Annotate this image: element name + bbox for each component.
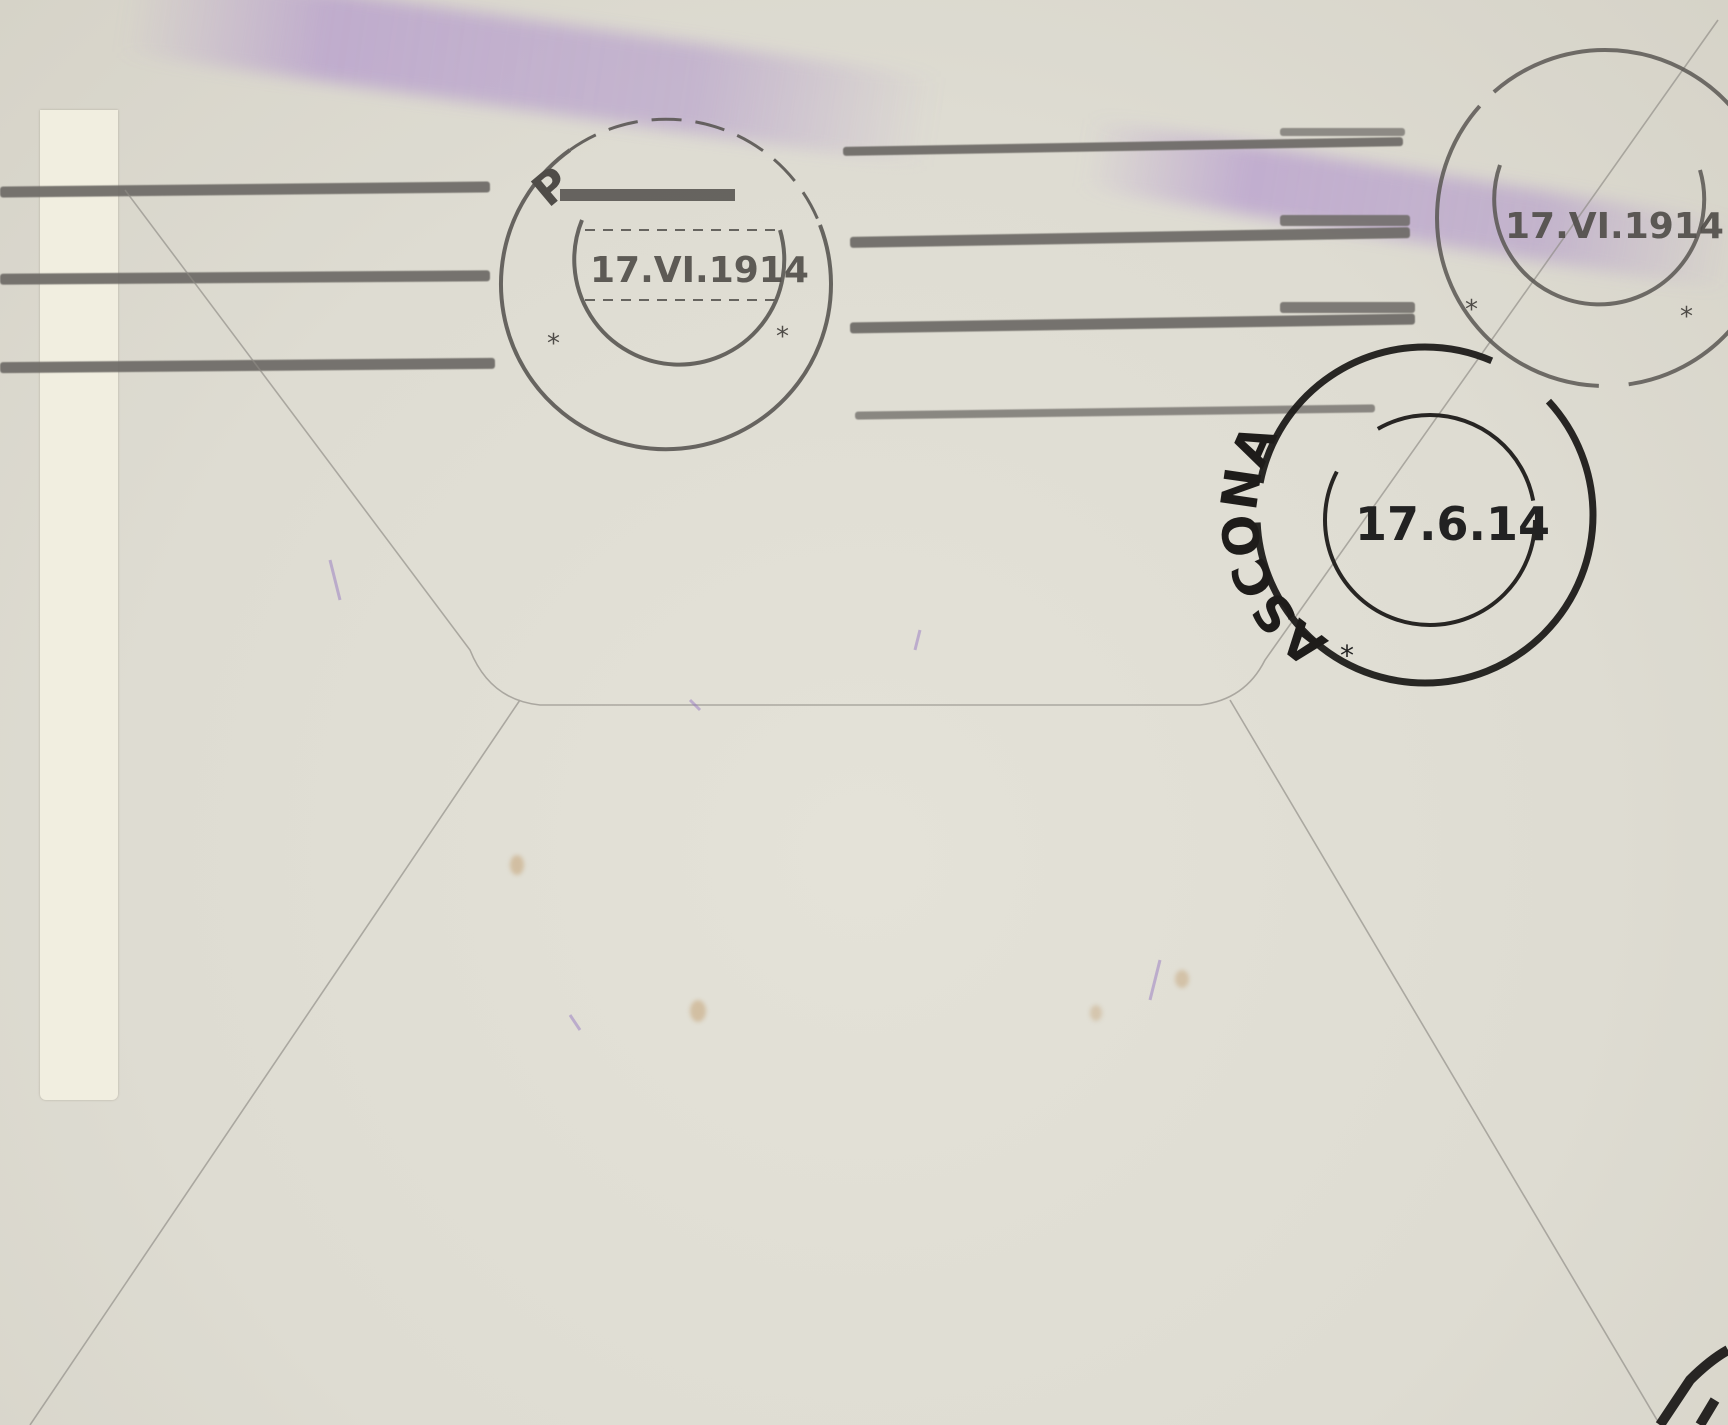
star-ornament: * <box>1340 639 1354 672</box>
star-ornament: * <box>1680 302 1693 332</box>
ascona-date: 17.6.14 <box>1355 497 1550 551</box>
star-ornament: * <box>1465 295 1478 325</box>
cancel-town-letter: P <box>523 157 580 217</box>
flap-fold-lines <box>30 20 1718 1425</box>
cancel-date-center: 17.VI.1914 <box>590 250 809 291</box>
ascona-town-name: ASCONA <box>1210 416 1337 677</box>
cancel-date-right: 17.VI.1914 <box>1505 206 1724 247</box>
envelope-back: illegible faded handwriting 17.VI.1914 P <box>0 0 1728 1425</box>
star-ornament: * <box>776 322 789 352</box>
star-ornament: * <box>547 329 560 359</box>
partial-postmark-bottom-right <box>1660 1350 1728 1425</box>
envelope-drawing: 17.VI.1914 P * * 17.VI.1914 * * ASCONA 1… <box>0 0 1728 1425</box>
